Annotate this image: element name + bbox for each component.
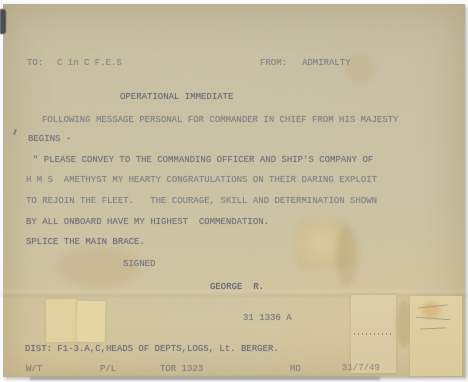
message-line: H M S AMETHYST MY HEARTY CONGRATULATIONS… [26, 175, 377, 185]
footer-tor: TOR 1323 [160, 364, 203, 374]
message-line: SPLICE THE MAIN BRACE. [26, 237, 145, 247]
edge-dark-mark [0, 9, 6, 34]
priority-heading: OPERATIONAL IMMEDIATE [120, 92, 233, 102]
footer-pl: P/L [100, 364, 116, 374]
message-line: TO REJOIN THE FLEET. THE COURAGE, SKILL … [26, 196, 377, 206]
signature-name: GEORGE R. [210, 282, 264, 292]
signed-label: SIGNED [123, 259, 155, 269]
preamble-line: FOLLOWING MESSAGE PERSONAL FOR COMMANDER… [42, 115, 398, 125]
from-label: FROM: [260, 58, 287, 68]
reference-number: 31 1336 A [243, 313, 292, 323]
message-line: " PLEASE CONVEY TO THE COMMANDING OFFICE… [33, 155, 373, 165]
from-value: ADMIRALTY [302, 58, 351, 68]
message-line: BY ALL ONBOARD HAVE MY HIGHEST COMMENDAT… [26, 217, 269, 227]
footer-date: 31/7/49 [342, 363, 380, 373]
footer-md: MD [290, 364, 301, 374]
distribution-line: DIST: F1-3.A,C,HEADS OF DEPTS,LOGS, Lt. … [25, 344, 279, 354]
paper-edge-shadow [30, 377, 380, 380]
to-value: C in C F.E.S [57, 58, 122, 68]
preamble-begins: BEGINS - [28, 134, 71, 144]
telegram-scan: TO: C in C F.E.S FROM: ADMIRALTY OPERATI… [0, 0, 468, 382]
footer-wt: W/T [26, 364, 42, 374]
to-label: TO: [27, 58, 43, 68]
